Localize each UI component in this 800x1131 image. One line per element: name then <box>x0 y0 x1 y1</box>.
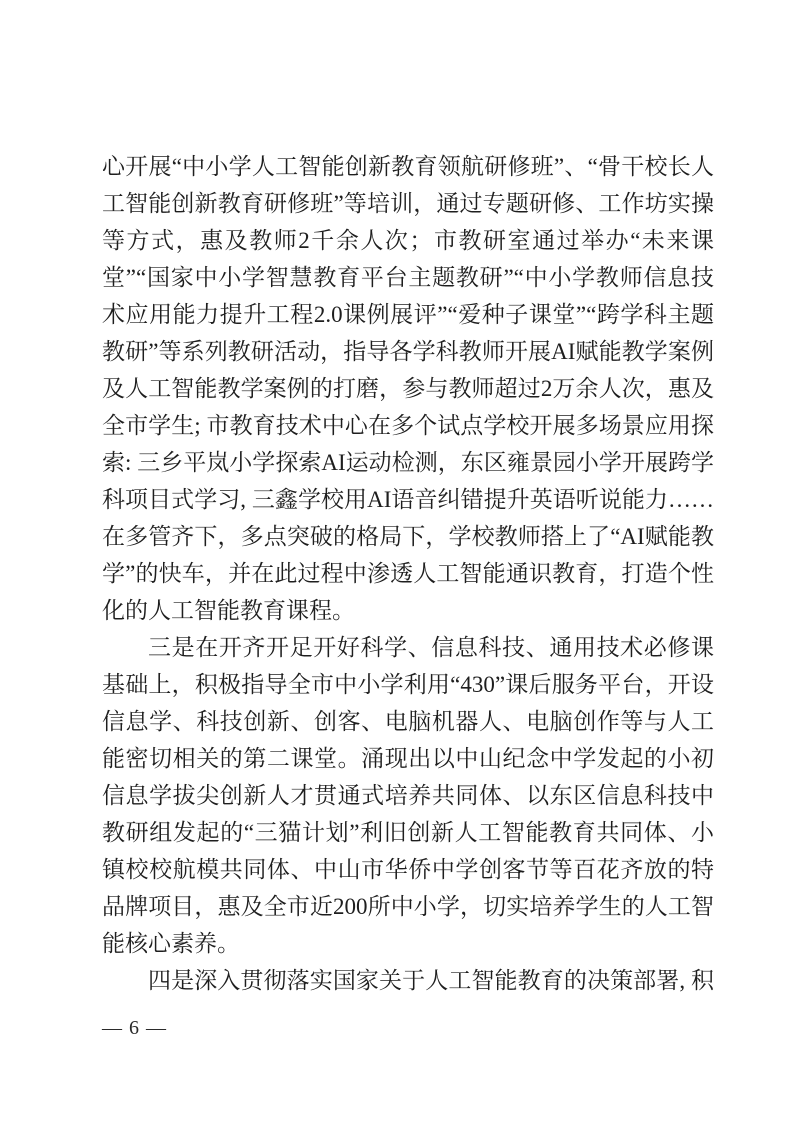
text-line: 三是在开齐开足开好科学、信息科技、通用技术必修课的 <box>102 629 714 666</box>
text-line: 镇校校航模共同体、中山市华侨中学创客节等百花齐放的特色 <box>102 851 714 888</box>
text-line: 工智能创新教育研修班”等培训，通过专题研修、工作坊实操 <box>102 185 714 222</box>
text-line: 科项目式学习, 三鑫学校用AI语音纠错提升英语听说能力…… <box>102 481 714 518</box>
text-line: 堂”“国家中小学智慧教育平台主题教研”“中小学教师信息技 <box>102 259 714 296</box>
text-line: 能密切相关的第二课堂。涌现出以中山纪念中学发起的小初高 <box>102 740 714 777</box>
text-line: 等方式，惠及教师2千余人次；市教研室通过举办“未来课 <box>102 222 714 259</box>
text-line: 品牌项目，惠及全市近200所中小学，切实培养学生的人工智 <box>102 888 714 925</box>
page-number: — 6 — <box>102 1014 167 1042</box>
document-page: 心开展“中小学人工智能创新教育领航研修班”、“骨干校长人工智能创新教育研修班”等… <box>0 0 800 1131</box>
text-line: 全市学生; 市教育技术中心在多个试点学校开展多场景应用探 <box>102 407 714 444</box>
text-line: 在多管齐下，多点突破的格局下，学校教师搭上了“AI赋能教 <box>102 518 714 555</box>
text-line: 基础上，积极指导全市中小学利用“430”课后服务平台，开设 <box>102 666 714 703</box>
text-line: 学”的快车，并在此过程中渗透人工智能通识教育，打造个性 <box>102 555 714 592</box>
text-line: 心开展“中小学人工智能创新教育领航研修班”、“骨干校长人 <box>102 148 714 185</box>
text-line: 术应用能力提升工程2.0课例展评”“爱种子课堂”“跨学科主题 <box>102 296 714 333</box>
text-line: 信息学拔尖创新人才贯通式培养共同体、以东区信息科技中心 <box>102 777 714 814</box>
text-line: 及人工智能教学案例的打磨，参与教师超过2万余人次，惠及 <box>102 370 714 407</box>
text-line: 四是深入贯彻落实国家关于人工智能教育的决策部署, 积 <box>102 962 714 999</box>
text-line: 教研组发起的“三猫计划”利旧创新人工智能教育共同体、小榄 <box>102 814 714 851</box>
text-line: 教研”等系列教研活动，指导各学科教师开展AI赋能教学案例 <box>102 333 714 370</box>
text-line: 能核心素养。 <box>102 925 714 962</box>
text-line: 索: 三乡平岚小学探索AI运动检测，东区雍景园小学开展跨学 <box>102 444 714 481</box>
body-text: 心开展“中小学人工智能创新教育领航研修班”、“骨干校长人工智能创新教育研修班”等… <box>102 148 714 999</box>
text-line: 化的人工智能教育课程。 <box>102 592 714 629</box>
text-line: 信息学、科技创新、创客、电脑机器人、电脑创作等与人工智 <box>102 703 714 740</box>
